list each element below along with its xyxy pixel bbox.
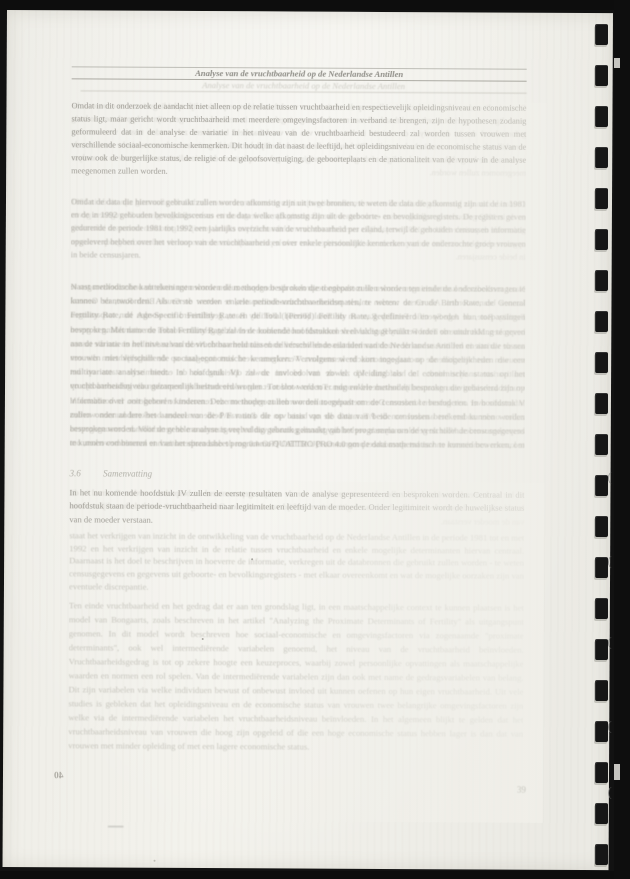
scan-smudge xyxy=(108,826,124,828)
scan-edge-notch xyxy=(614,764,620,780)
section-heading: 3.6 Samenvatting xyxy=(70,468,525,482)
scan-edge-right xyxy=(614,0,630,879)
section-number: 3.6 xyxy=(70,468,81,478)
bleed-through-text: Omdat de data die hiervoor gebruikt zull… xyxy=(71,195,526,263)
section-title: Samenvatting xyxy=(103,469,152,479)
scanned-document: Analyse van de vruchtbaarheid op de Nede… xyxy=(0,0,630,879)
scan-edge-top xyxy=(0,0,630,10)
paragraph: Omdat de data die hiervoor gebruikt zull… xyxy=(71,195,526,263)
running-header: Analyse van de vruchtbaarheid op de Nede… xyxy=(72,10,527,93)
text-column: Analyse van de vruchtbaarheid op de Nede… xyxy=(68,10,527,869)
scan-edge-bottom xyxy=(0,871,630,879)
paragraph-text: staat het verkrijgen van inzicht in de o… xyxy=(69,530,524,595)
page-number: 39 xyxy=(517,785,526,795)
paragraph: Ten einde vruchtbaarheid en het gedrag d… xyxy=(68,599,524,755)
paragraph: In het nu komende hoofdstuk IV zullen de… xyxy=(69,486,524,529)
scan-speck xyxy=(202,638,204,640)
bleed-through-text: In het nu komende hoofdstuk IV zullen de… xyxy=(69,486,524,529)
document-page: Analyse van de vruchtbaarheid op de Nede… xyxy=(3,10,613,870)
bleed-page-number: 40 xyxy=(54,771,64,781)
paragraph: Naast methodische kanttekeningen worden … xyxy=(70,279,526,452)
paragraph: Omdat in dit onderzoek de aandacht niet … xyxy=(71,99,526,179)
bleed-through-text: Omdat in dit onderzoek de aandacht niet … xyxy=(71,99,526,179)
scan-edge-notch xyxy=(614,58,620,68)
running-header-title: Analyse van de vruchtbaarheid op de Nede… xyxy=(81,79,527,93)
scan-speck xyxy=(251,558,253,560)
paragraph-text: Ten einde vruchtbaarheid en het gedrag d… xyxy=(68,599,524,755)
paragraph: staat het verkrijgen van inzicht in de o… xyxy=(69,530,524,595)
scan-speck xyxy=(154,860,156,862)
bleed-through-text: Naast methodische kanttekeningen worden … xyxy=(70,279,526,452)
